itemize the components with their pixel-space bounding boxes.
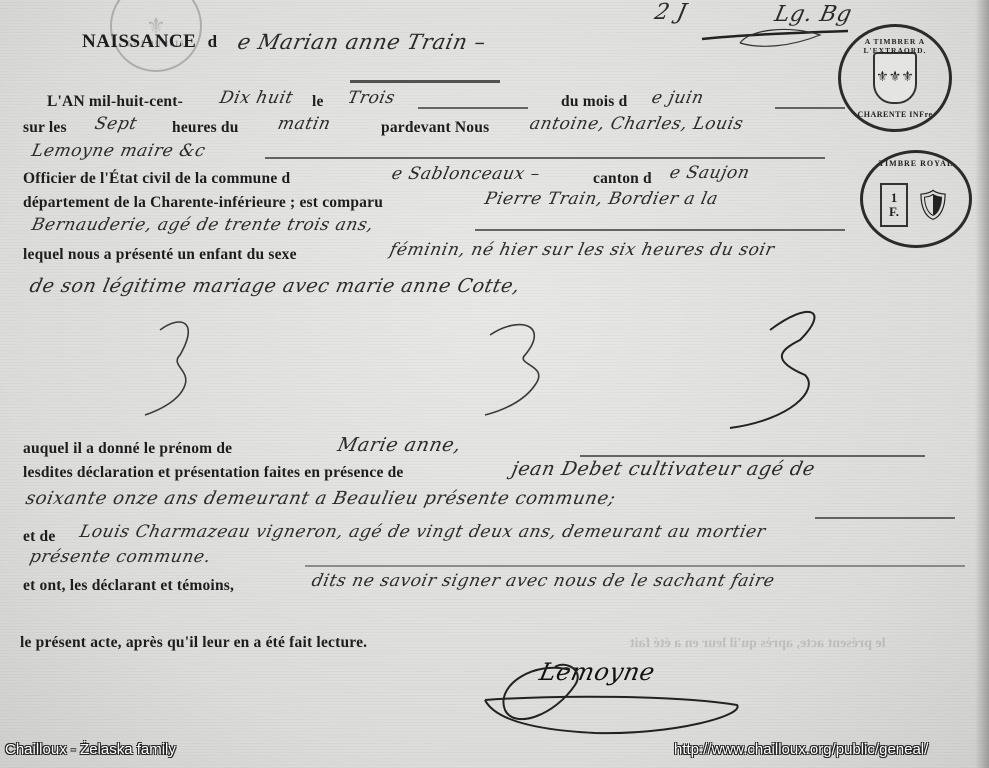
child-name-header: e Marian anne Train –	[235, 30, 488, 54]
line-9-rule	[580, 455, 925, 457]
line-7-sex-birth: féminin, né hier sur les six heures du s…	[388, 240, 777, 260]
margin-note-1: 2 J	[652, 0, 689, 25]
line-1-printed-b: le	[312, 93, 324, 111]
line-12-printed: et de	[23, 528, 55, 546]
line-12-witness-2: Louis Charmazeau vigneron, agé de vingt …	[78, 522, 768, 542]
line-4-canton: e Saujon	[668, 163, 752, 183]
blank-filler-flourish-1	[140, 310, 220, 420]
line-10-witness-1: jean Debet cultivateur agé de	[510, 458, 818, 480]
line-1-printed-a: L'AN mil-huit-cent-	[47, 93, 183, 111]
line-15-printed: le présent acte, après qu'il leur en a é…	[20, 634, 367, 652]
line-1-printed-c: du mois d	[561, 93, 627, 111]
bleed-through-text: le présent acte, après qu'il leur en a é…	[630, 636, 886, 652]
extraord-ring-text: A TIMBRER A L'EXTRAORD.	[841, 37, 949, 55]
line-3-rule	[265, 157, 825, 159]
line-2-printed-b: heures du	[172, 119, 239, 137]
line-4-printed-b: canton d	[593, 170, 652, 188]
stamp-value: 1 F.	[880, 183, 908, 227]
line-5-declarant: Pierre Train, Bordier a la	[483, 189, 720, 209]
blank-filler-flourish-2	[480, 310, 570, 420]
timbre-extraordinaire-stamp: A TIMBRER A L'EXTRAORD. ⚜⚜⚜ CHARENTE INF…	[838, 24, 952, 132]
line-2-printed-a: sur les	[23, 119, 67, 137]
line-14-printed: et ont, les déclarant et témoins,	[23, 577, 234, 595]
royal-stamp-body: 1 F. 🛡	[880, 183, 952, 227]
line-9-printed: auquel il a donné le prénom de	[23, 440, 232, 458]
url-watermark[interactable]: http://www.chailloux.org/public/geneal/	[674, 741, 928, 758]
page-edge-shadow	[975, 0, 989, 768]
line-10-printed: lesdites déclaration et présentation fai…	[23, 464, 404, 482]
margin-flourish	[700, 25, 850, 55]
line-5-printed: département de la Charente-inférieure ; …	[23, 194, 383, 212]
charente-text: CHARENTE INFre	[841, 110, 949, 119]
line-4-printed-a: Officier de l'État civil de la commune d	[23, 170, 290, 188]
line-3-officer-title: Lemoyne maire &c	[30, 141, 208, 161]
margin-note-2: Lg. Bg	[772, 2, 854, 27]
line-11-rule	[815, 517, 955, 519]
header-rule	[350, 80, 500, 83]
blank-filler-flourish-3	[720, 300, 840, 430]
family-watermark: Chailloux - Żelaska family	[5, 741, 176, 758]
line-1-day: Trois	[346, 88, 397, 108]
line-8-parents: de son légitime mariage avec marie anne …	[28, 275, 522, 297]
line-2-printed-c: pardevant Nous	[381, 119, 489, 137]
royal-ring-text: TIMBRE ROYAL	[863, 159, 969, 168]
line-14-signing-statement: dits ne savoir signer avec nous de le sa…	[310, 571, 777, 591]
line-1-month: e juin	[650, 88, 706, 108]
signature-flourish	[475, 655, 755, 745]
fleur-de-lis-shield-icon: ⚜⚜⚜	[873, 52, 917, 104]
line-11-witness-1-details: soixante onze ans demeurant a Beaulieu p…	[24, 488, 618, 509]
document-title: NAISSANCE d	[82, 31, 218, 53]
line-2-hour: Sept	[93, 114, 139, 134]
line-2-officer-name: antoine, Charles, Louis	[528, 114, 745, 134]
line-6-rule	[475, 229, 845, 231]
title-de: d	[208, 32, 218, 51]
line-7-printed: lequel nous a présenté un enfant du sexe	[23, 246, 297, 264]
line-13-witness-2-details: présente commune.	[28, 547, 213, 567]
line-6-declarant-details: Bernauderie, agé de trente trois ans,	[30, 215, 376, 235]
scanned-document: LOI DU 1816 ⚜ NAISSANCE d e Marian anne …	[0, 0, 989, 768]
line-1-rule-b	[775, 107, 845, 109]
line-1-year: Dix huit	[218, 88, 295, 108]
timbre-royal-stamp: TIMBRE ROYAL 1 F. 🛡	[860, 150, 972, 248]
line-13-rule	[305, 565, 965, 567]
line-1-rule-a	[418, 107, 528, 109]
line-9-given-name: Marie anne,	[336, 434, 464, 456]
line-4-commune: e Sablonceaux –	[390, 164, 542, 184]
seated-figure-icon: 🛡	[914, 188, 952, 223]
title-naissance: NAISSANCE	[82, 31, 196, 52]
line-2-time-of-day: matin	[276, 114, 333, 134]
